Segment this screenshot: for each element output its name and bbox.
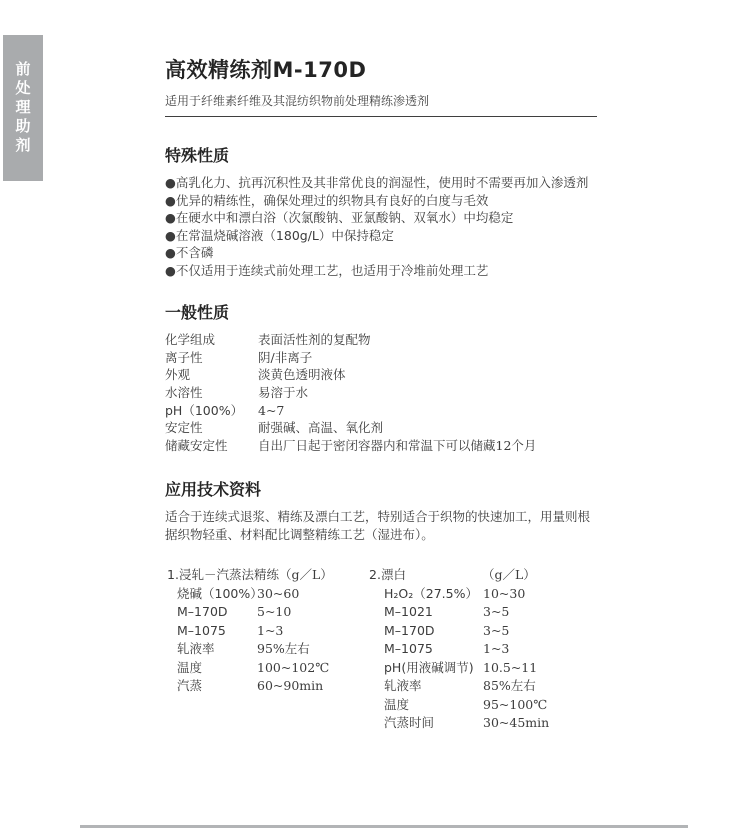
recipe-number: 1. — [167, 567, 179, 582]
recipe-value: 100~102℃ — [257, 659, 329, 678]
property-row: 安定性 耐强碱、高温、氧化剂 — [165, 419, 610, 437]
product-subtitle: 适用于纤维素纤维及其混纺织物前处理精练渗透剂 — [165, 92, 597, 109]
recipe-row: M–170D 3~5 — [369, 622, 604, 641]
recipe-bleaching: 2.漂白（g／L） H₂O₂（27.5%） 10~30 M–1021 3~5 M… — [369, 566, 604, 733]
recipe-label: M–1075 — [369, 640, 483, 659]
recipe-name: 1.浸轧－汽蒸法精练 — [167, 566, 279, 585]
bullet-item: ●不仅适用于连续式前处理工艺，也适用于冷堆前处理工艺 — [165, 262, 610, 280]
recipe-row: M–1075 1~3 — [369, 640, 604, 659]
product-title: 高效精练剂M-170D — [165, 58, 597, 83]
recipe-value: 85%左右 — [483, 677, 536, 696]
general-properties-table: 化学组成 表面活性剂的复配物 离子性 阴/非离子 外观 淡黄色透明液体 水溶性 … — [165, 331, 610, 454]
recipe-value: 3~5 — [483, 622, 509, 641]
recipe-row: 轧液率 95%左右 — [167, 640, 367, 659]
property-value: 自出厂日起于密闭容器内和常温下可以储藏12个月 — [258, 437, 536, 455]
section-general-properties: 一般性质 化学组成 表面活性剂的复配物 离子性 阴/非离子 外观 淡黄色透明液体… — [165, 303, 610, 454]
property-label: 化学组成 — [165, 331, 258, 349]
application-description: 适合于连续式退浆、精练及漂白工艺，特别适合于织物的快速加工，用量则根据织物轻重、… — [165, 508, 597, 544]
property-value: 耐强碱、高温、氧化剂 — [258, 419, 383, 437]
property-label: 外观 — [165, 366, 258, 384]
bullet-item: ●在常温烧碱溶液（180g/L）中保持稳定 — [165, 227, 610, 245]
recipe-value: 3~5 — [483, 603, 509, 622]
recipe-row: 烧碱（100%） 30~60 — [167, 585, 367, 604]
property-value: 表面活性剂的复配物 — [258, 331, 371, 349]
recipe-title: 1.浸轧－汽蒸法精练（g／L） — [167, 566, 367, 585]
recipe-title-text: 浸轧－汽蒸法精练 — [179, 567, 279, 582]
recipe-row: pH(用液碱调节) 10.5~11 — [369, 659, 604, 678]
recipe-title: 2.漂白（g／L） — [369, 566, 604, 585]
recipe-value: 95~100℃ — [483, 696, 547, 715]
recipe-row: M–170D 5~10 — [167, 603, 367, 622]
property-row: 离子性 阴/非离子 — [165, 349, 610, 367]
special-properties-heading: 特殊性质 — [165, 146, 610, 165]
recipe-name: 2.漂白 — [369, 566, 482, 585]
recipe-row: 汽蒸时间 30~45min — [369, 714, 604, 733]
special-properties-list: ●高乳化力、抗再沉积性及其非常优良的润湿性，使用时不需要再加入渗透剂 ●优异的精… — [165, 174, 610, 279]
recipe-value: 60~90min — [257, 677, 323, 696]
recipe-row: 汽蒸 60~90min — [167, 677, 367, 696]
property-row: 水溶性 易溶于水 — [165, 384, 610, 402]
recipe-label: 汽蒸 — [167, 677, 257, 696]
property-label: 安定性 — [165, 419, 258, 437]
recipe-value: 10.5~11 — [483, 659, 537, 678]
recipe-label: 轧液率 — [167, 640, 257, 659]
recipe-title-text: 漂白 — [381, 567, 406, 582]
property-value: 阴/非离子 — [258, 349, 312, 367]
property-value: 4~7 — [258, 402, 284, 420]
recipe-unit: （g／L） — [279, 566, 333, 585]
recipe-value: 1~3 — [257, 622, 283, 641]
property-value: 淡黄色透明液体 — [258, 366, 346, 384]
general-properties-heading: 一般性质 — [165, 303, 610, 322]
recipe-row: H₂O₂（27.5%） 10~30 — [369, 585, 604, 604]
property-row: 化学组成 表面活性剂的复配物 — [165, 331, 610, 349]
recipe-value: 10~30 — [483, 585, 525, 604]
recipe-row: 温度 95~100℃ — [369, 696, 604, 715]
header-divider — [165, 116, 597, 117]
recipe-label: 温度 — [167, 659, 257, 678]
recipe-label: M–170D — [369, 622, 483, 641]
property-label: 水溶性 — [165, 384, 258, 402]
recipe-row: 温度 100~102℃ — [167, 659, 367, 678]
recipe-value: 5~10 — [257, 603, 291, 622]
recipe-value: 30~45min — [483, 714, 549, 733]
recipe-unit: （g／L） — [482, 566, 536, 585]
recipe-row: 轧液率 85%左右 — [369, 677, 604, 696]
property-row: 储藏安定性 自出厂日起于密闭容器内和常温下可以储藏12个月 — [165, 437, 610, 455]
recipe-value: 95%左右 — [257, 640, 310, 659]
section-special-properties: 特殊性质 ●高乳化力、抗再沉积性及其非常优良的润湿性，使用时不需要再加入渗透剂 … — [165, 146, 610, 279]
bullet-item: ●高乳化力、抗再沉积性及其非常优良的润湿性，使用时不需要再加入渗透剂 — [165, 174, 610, 192]
property-row: pH（100%） 4~7 — [165, 402, 610, 420]
property-label: pH（100%） — [165, 402, 258, 420]
recipe-label: pH(用液碱调节) — [369, 659, 483, 678]
recipe-pad-steam-scouring: 1.浸轧－汽蒸法精练（g／L） 烧碱（100%） 30~60 M–170D 5~… — [167, 566, 367, 696]
recipe-label: H₂O₂（27.5%） — [369, 585, 483, 604]
property-label: 储藏安定性 — [165, 437, 258, 455]
bullet-item: ●不含磷 — [165, 244, 610, 262]
sidebar-category-tab: 前处理助剂 — [3, 35, 43, 181]
recipe-value: 30~60 — [257, 585, 299, 604]
recipe-label: 烧碱（100%） — [167, 585, 257, 604]
recipe-value: 1~3 — [483, 640, 509, 659]
recipe-row: M–1075 1~3 — [167, 622, 367, 641]
recipe-label: M–1075 — [167, 622, 257, 641]
bullet-item: ●在硬水中和漂白浴（次氯酸钠、亚氯酸钠、双氧水）中均稳定 — [165, 209, 610, 227]
section-application-data: 应用技术资料 适合于连续式退浆、精练及漂白工艺，特别适合于织物的快速加工，用量则… — [165, 480, 610, 544]
footer-divider — [80, 825, 688, 828]
recipe-number: 2. — [369, 567, 381, 582]
application-heading: 应用技术资料 — [165, 480, 610, 499]
recipe-label: M–170D — [167, 603, 257, 622]
document-page: 前处理助剂 高效精练剂M-170D 适用于纤维素纤维及其混纺织物前处理精练渗透剂… — [0, 0, 734, 832]
property-label: 离子性 — [165, 349, 258, 367]
property-row: 外观 淡黄色透明液体 — [165, 366, 610, 384]
recipe-label: 温度 — [369, 696, 483, 715]
recipe-label: M–1021 — [369, 603, 483, 622]
bullet-item: ●优异的精练性，确保处理过的织物具有良好的白度与毛效 — [165, 192, 610, 210]
recipe-row: M–1021 3~5 — [369, 603, 604, 622]
recipe-label: 汽蒸时间 — [369, 714, 483, 733]
doc-header: 高效精练剂M-170D 适用于纤维素纤维及其混纺织物前处理精练渗透剂 — [165, 58, 597, 117]
property-value: 易溶于水 — [258, 384, 308, 402]
recipe-label: 轧液率 — [369, 677, 483, 696]
